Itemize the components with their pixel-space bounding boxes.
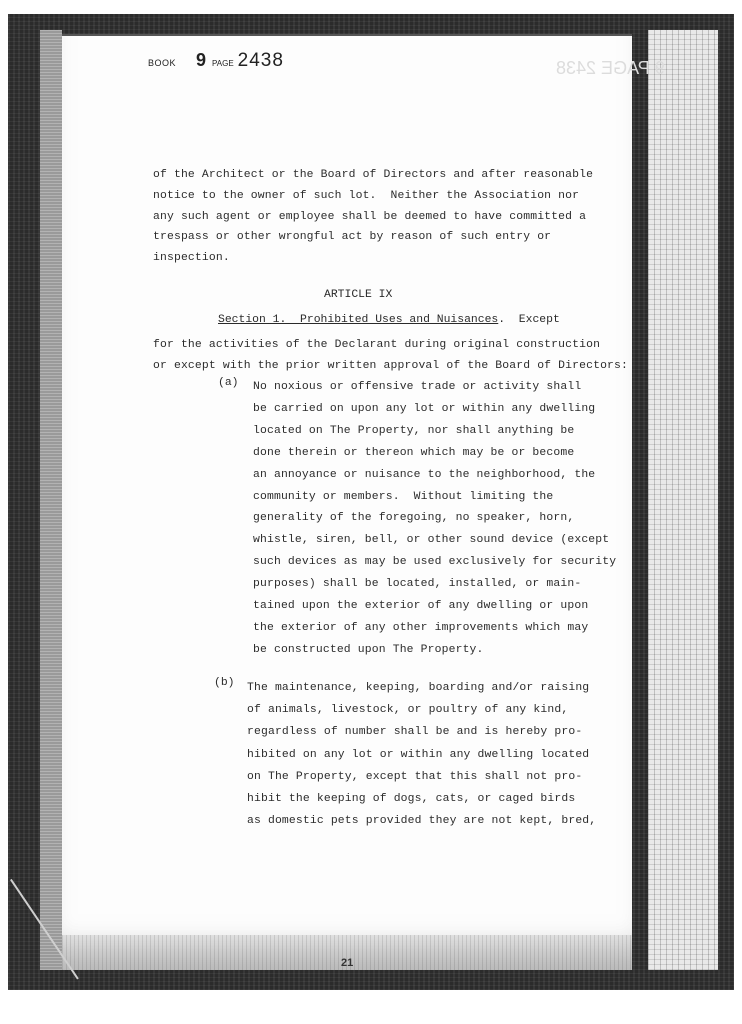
text-line: the exterior of any other improvements w… (253, 622, 588, 634)
page-stamp-number: 2438 (238, 50, 284, 72)
text-line: hibit the keeping of dogs, cats, or cage… (247, 793, 575, 805)
text-line: of the Architect or the Board of Directo… (153, 169, 593, 181)
book-label: BOOK (148, 58, 176, 68)
text-line: community or members. Without limiting t… (253, 491, 553, 503)
section-heading: Section 1. Prohibited Uses and Nuisances (218, 314, 498, 326)
text-line: trespass or other wrongful act by reason… (153, 231, 551, 243)
section-heading-tail: . Except (498, 314, 560, 326)
item-a-marker: (a) (218, 377, 239, 389)
section-heading-line: Section 1. Prohibited Uses and Nuisances… (218, 314, 560, 326)
page-label: PAGE (212, 59, 234, 68)
text-line: an annoyance or nuisance to the neighbor… (253, 469, 595, 481)
scan-left-edge (40, 30, 62, 970)
scan-right-edge (648, 30, 718, 970)
page-number: 21 (341, 957, 353, 969)
text-line: of animals, livestock, or poultry of any… (247, 704, 568, 716)
page-top-edge (62, 34, 632, 36)
text-line: generality of the foregoing, no speaker,… (253, 512, 574, 524)
text-line: inspection. (153, 252, 230, 264)
continuation-paragraph: of the Architect or the Board of Directo… (153, 165, 593, 269)
book-number: 9 (196, 50, 206, 71)
text-line: as domestic pets provided they are not k… (247, 815, 596, 827)
text-line: notice to the owner of such lot. Neither… (153, 190, 579, 202)
text-line: purposes) shall be located, installed, o… (253, 578, 581, 590)
section-intro: for the activities of the Declarant duri… (153, 335, 628, 377)
text-line: tained upon the exterior of any dwelling… (253, 600, 588, 612)
recording-stamp: BOOK 9 PAGE 2438 (148, 50, 284, 72)
text-line: located on The Property, nor shall anyth… (253, 425, 574, 437)
bleed-through-stamp: 9 PAGE 2438 (556, 58, 665, 79)
text-line: for the activities of the Declarant duri… (153, 339, 600, 351)
text-line: any such agent or employee shall be deem… (153, 211, 586, 223)
text-line: No noxious or offensive trade or activit… (253, 381, 581, 393)
text-line: be carried on upon any lot or within any… (253, 403, 595, 415)
text-line: or except with the prior written approva… (153, 360, 628, 372)
article-title: ARTICLE IX (324, 289, 392, 301)
text-line: be constructed upon The Property. (253, 644, 484, 656)
text-line: The maintenance, keeping, boarding and/o… (247, 682, 589, 694)
text-line: whistle, siren, bell, or other sound dev… (253, 534, 609, 546)
text-line: hibited on any lot or within any dwellin… (247, 749, 589, 761)
item-b-marker: (b) (214, 677, 235, 689)
scan-bottom-margin (0, 990, 742, 1024)
item-a-text: No noxious or offensive trade or activit… (253, 377, 616, 662)
text-line: done therein or thereon which may be or … (253, 447, 574, 459)
item-b-text: The maintenance, keeping, boarding and/o… (247, 677, 596, 832)
text-line: regardless of number shall be and is her… (247, 726, 582, 738)
text-line: on The Property, except that this shall … (247, 771, 582, 783)
text-line: such devices as may be used exclusively … (253, 556, 616, 568)
